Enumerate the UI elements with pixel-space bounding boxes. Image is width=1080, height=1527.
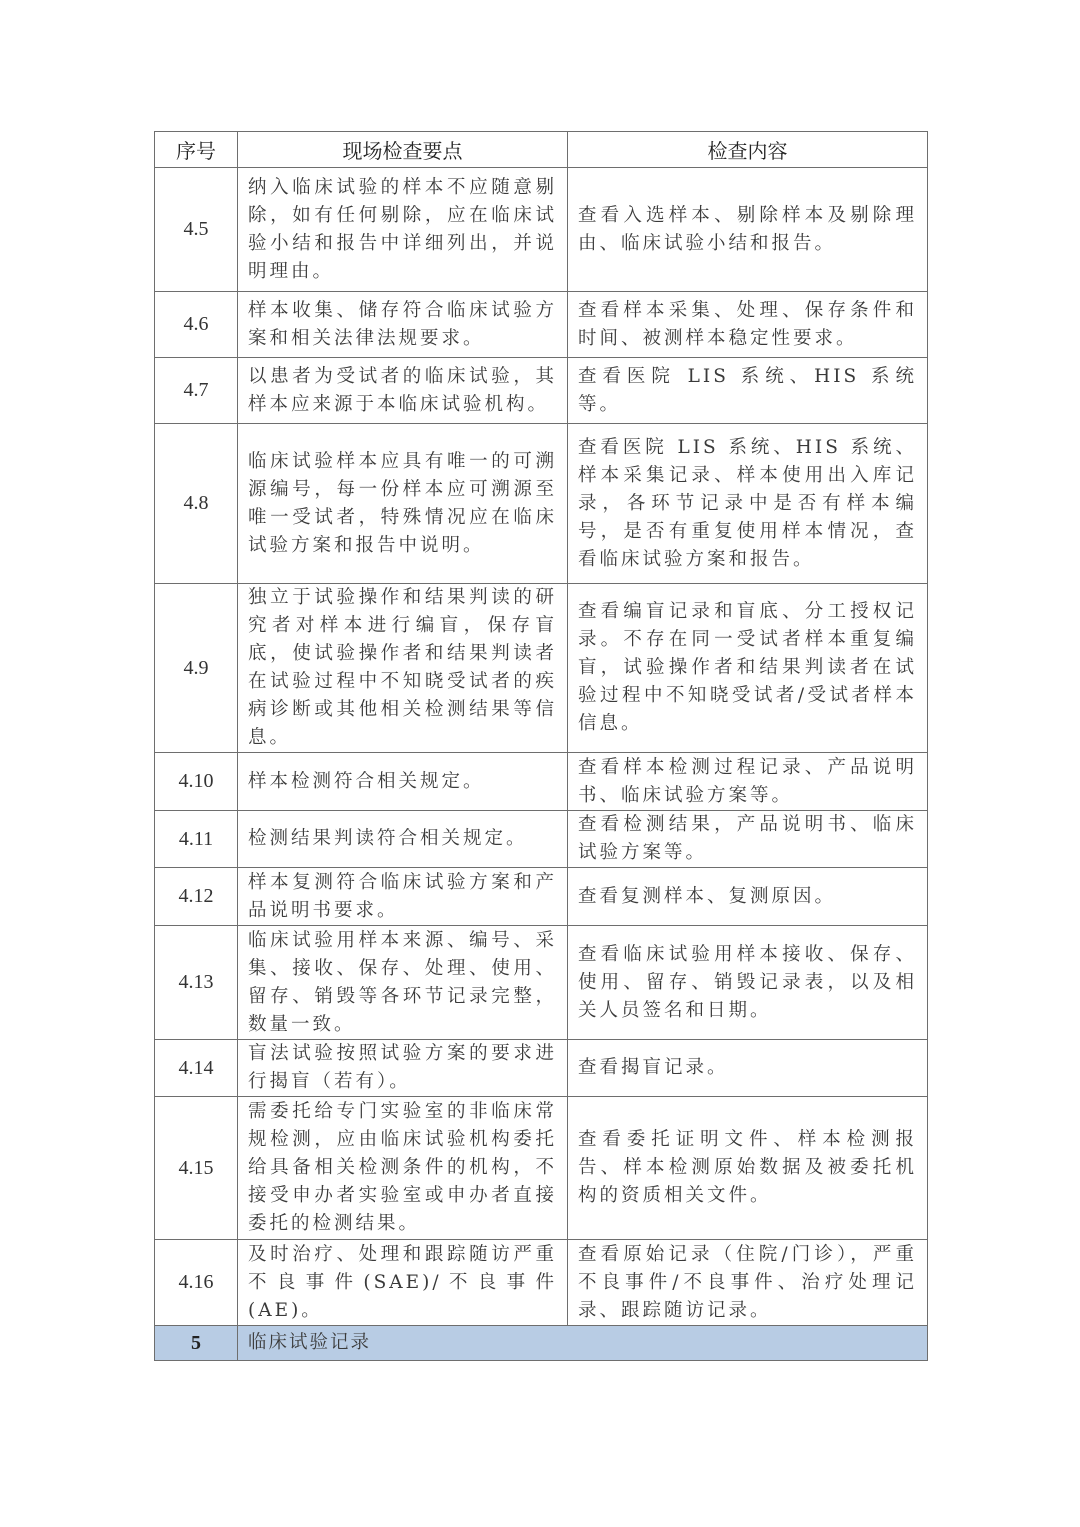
row-point: 纳入临床试验的样本不应随意剔除，如有任何剔除，应在临床试验小结和报告中详细列出，… bbox=[238, 168, 568, 292]
row-number: 4.16 bbox=[155, 1240, 238, 1326]
row-point: 样本收集、储存符合临床试验方案和相关法律法规要求。 bbox=[238, 292, 568, 358]
row-content: 查看委托证明文件、样本检测报告、样本检测原始数据及被委托机构的资质相关文件。 bbox=[568, 1097, 928, 1240]
section-number: 5 bbox=[155, 1326, 238, 1361]
row-number: 4.9 bbox=[155, 584, 238, 753]
row-point: 临床试验样本应具有唯一的可溯源编号，每一份样本应可溯源至唯一受试者，特殊情况应在… bbox=[238, 424, 568, 584]
row-point: 样本复测符合临床试验方案和产品说明书要求。 bbox=[238, 868, 568, 926]
row-content: 查看揭盲记录。 bbox=[568, 1040, 928, 1097]
header-inspection-point: 现场检查要点 bbox=[238, 132, 568, 168]
row-content: 查看原始记录（住院/门诊），严重不良事件/不良事件、治疗处理记录、跟踪随访记录。 bbox=[568, 1240, 928, 1326]
row-number: 4.12 bbox=[155, 868, 238, 926]
table-row: 4.7 以患者为受试者的临床试验，其样本应来源于本临床试验机构。 查看医院 LI… bbox=[155, 358, 928, 424]
header-inspection-content: 检查内容 bbox=[568, 132, 928, 168]
row-content: 查看医院 LIS 系统、HIS 系统、样本采集记录、样本使用出入库记录，各环节记… bbox=[568, 424, 928, 584]
table-row: 4.6 样本收集、储存符合临床试验方案和相关法律法规要求。 查看样本采集、处理、… bbox=[155, 292, 928, 358]
row-point: 独立于试验操作和结果判读的研究者对样本进行编盲，保存盲底，使试验操作者和结果判读… bbox=[238, 584, 568, 753]
table-row: 4.15 需委托给专门实验室的非临床常规检测，应由临床试验机构委托给具备相关检测… bbox=[155, 1097, 928, 1240]
row-number: 4.11 bbox=[155, 811, 238, 868]
row-number: 4.5 bbox=[155, 168, 238, 292]
row-content: 查看样本检测过程记录、产品说明书、临床试验方案等。 bbox=[568, 753, 928, 811]
row-number: 4.10 bbox=[155, 753, 238, 811]
row-content: 查看检测结果，产品说明书、临床试验方案等。 bbox=[568, 811, 928, 868]
row-content: 查看医院 LIS 系统、HIS 系统等。 bbox=[568, 358, 928, 424]
row-number: 4.13 bbox=[155, 926, 238, 1040]
row-content: 查看样本采集、处理、保存条件和时间、被测样本稳定性要求。 bbox=[568, 292, 928, 358]
table-row: 4.9 独立于试验操作和结果判读的研究者对样本进行编盲，保存盲底，使试验操作者和… bbox=[155, 584, 928, 753]
row-content: 查看编盲记录和盲底、分工授权记录。不存在同一受试者样本重复编盲，试验操作者和结果… bbox=[568, 584, 928, 753]
row-point: 盲法试验按照试验方案的要求进行揭盲（若有）。 bbox=[238, 1040, 568, 1097]
table-header-row: 序号 现场检查要点 检查内容 bbox=[155, 132, 928, 168]
row-point: 检测结果判读符合相关规定。 bbox=[238, 811, 568, 868]
section-row: 5 临床试验记录 bbox=[155, 1326, 928, 1361]
inspection-table: 序号 现场检查要点 检查内容 4.5 纳入临床试验的样本不应随意剔除，如有任何剔… bbox=[154, 131, 928, 1361]
row-number: 4.14 bbox=[155, 1040, 238, 1097]
row-point: 需委托给专门实验室的非临床常规检测，应由临床试验机构委托给具备相关检测条件的机构… bbox=[238, 1097, 568, 1240]
row-point: 以患者为受试者的临床试验，其样本应来源于本临床试验机构。 bbox=[238, 358, 568, 424]
row-point: 及时治疗、处理和跟踪随访严重不良事件(SAE)/不良事件(AE)。 bbox=[238, 1240, 568, 1326]
section-title: 临床试验记录 bbox=[238, 1326, 928, 1361]
row-number: 4.6 bbox=[155, 292, 238, 358]
table-row: 4.16 及时治疗、处理和跟踪随访严重不良事件(SAE)/不良事件(AE)。 查… bbox=[155, 1240, 928, 1326]
table-row: 4.13 临床试验用样本来源、编号、采集、接收、保存、处理、使用、留存、销毁等各… bbox=[155, 926, 928, 1040]
row-point: 临床试验用样本来源、编号、采集、接收、保存、处理、使用、留存、销毁等各环节记录完… bbox=[238, 926, 568, 1040]
table-row: 4.14 盲法试验按照试验方案的要求进行揭盲（若有）。 查看揭盲记录。 bbox=[155, 1040, 928, 1097]
row-content: 查看临床试验用样本接收、保存、使用、留存、销毁记录表，以及相关人员签名和日期。 bbox=[568, 926, 928, 1040]
row-content: 查看复测样本、复测原因。 bbox=[568, 868, 928, 926]
table-row: 4.12 样本复测符合临床试验方案和产品说明书要求。 查看复测样本、复测原因。 bbox=[155, 868, 928, 926]
row-content: 查看入选样本、剔除样本及剔除理由、临床试验小结和报告。 bbox=[568, 168, 928, 292]
table-row: 4.11 检测结果判读符合相关规定。 查看检测结果，产品说明书、临床试验方案等。 bbox=[155, 811, 928, 868]
header-number: 序号 bbox=[155, 132, 238, 168]
row-point: 样本检测符合相关规定。 bbox=[238, 753, 568, 811]
row-number: 4.15 bbox=[155, 1097, 238, 1240]
table-row: 4.10 样本检测符合相关规定。 查看样本检测过程记录、产品说明书、临床试验方案… bbox=[155, 753, 928, 811]
table-row: 4.8 临床试验样本应具有唯一的可溯源编号，每一份样本应可溯源至唯一受试者，特殊… bbox=[155, 424, 928, 584]
row-number: 4.7 bbox=[155, 358, 238, 424]
row-number: 4.8 bbox=[155, 424, 238, 584]
table-row: 4.5 纳入临床试验的样本不应随意剔除，如有任何剔除，应在临床试验小结和报告中详… bbox=[155, 168, 928, 292]
